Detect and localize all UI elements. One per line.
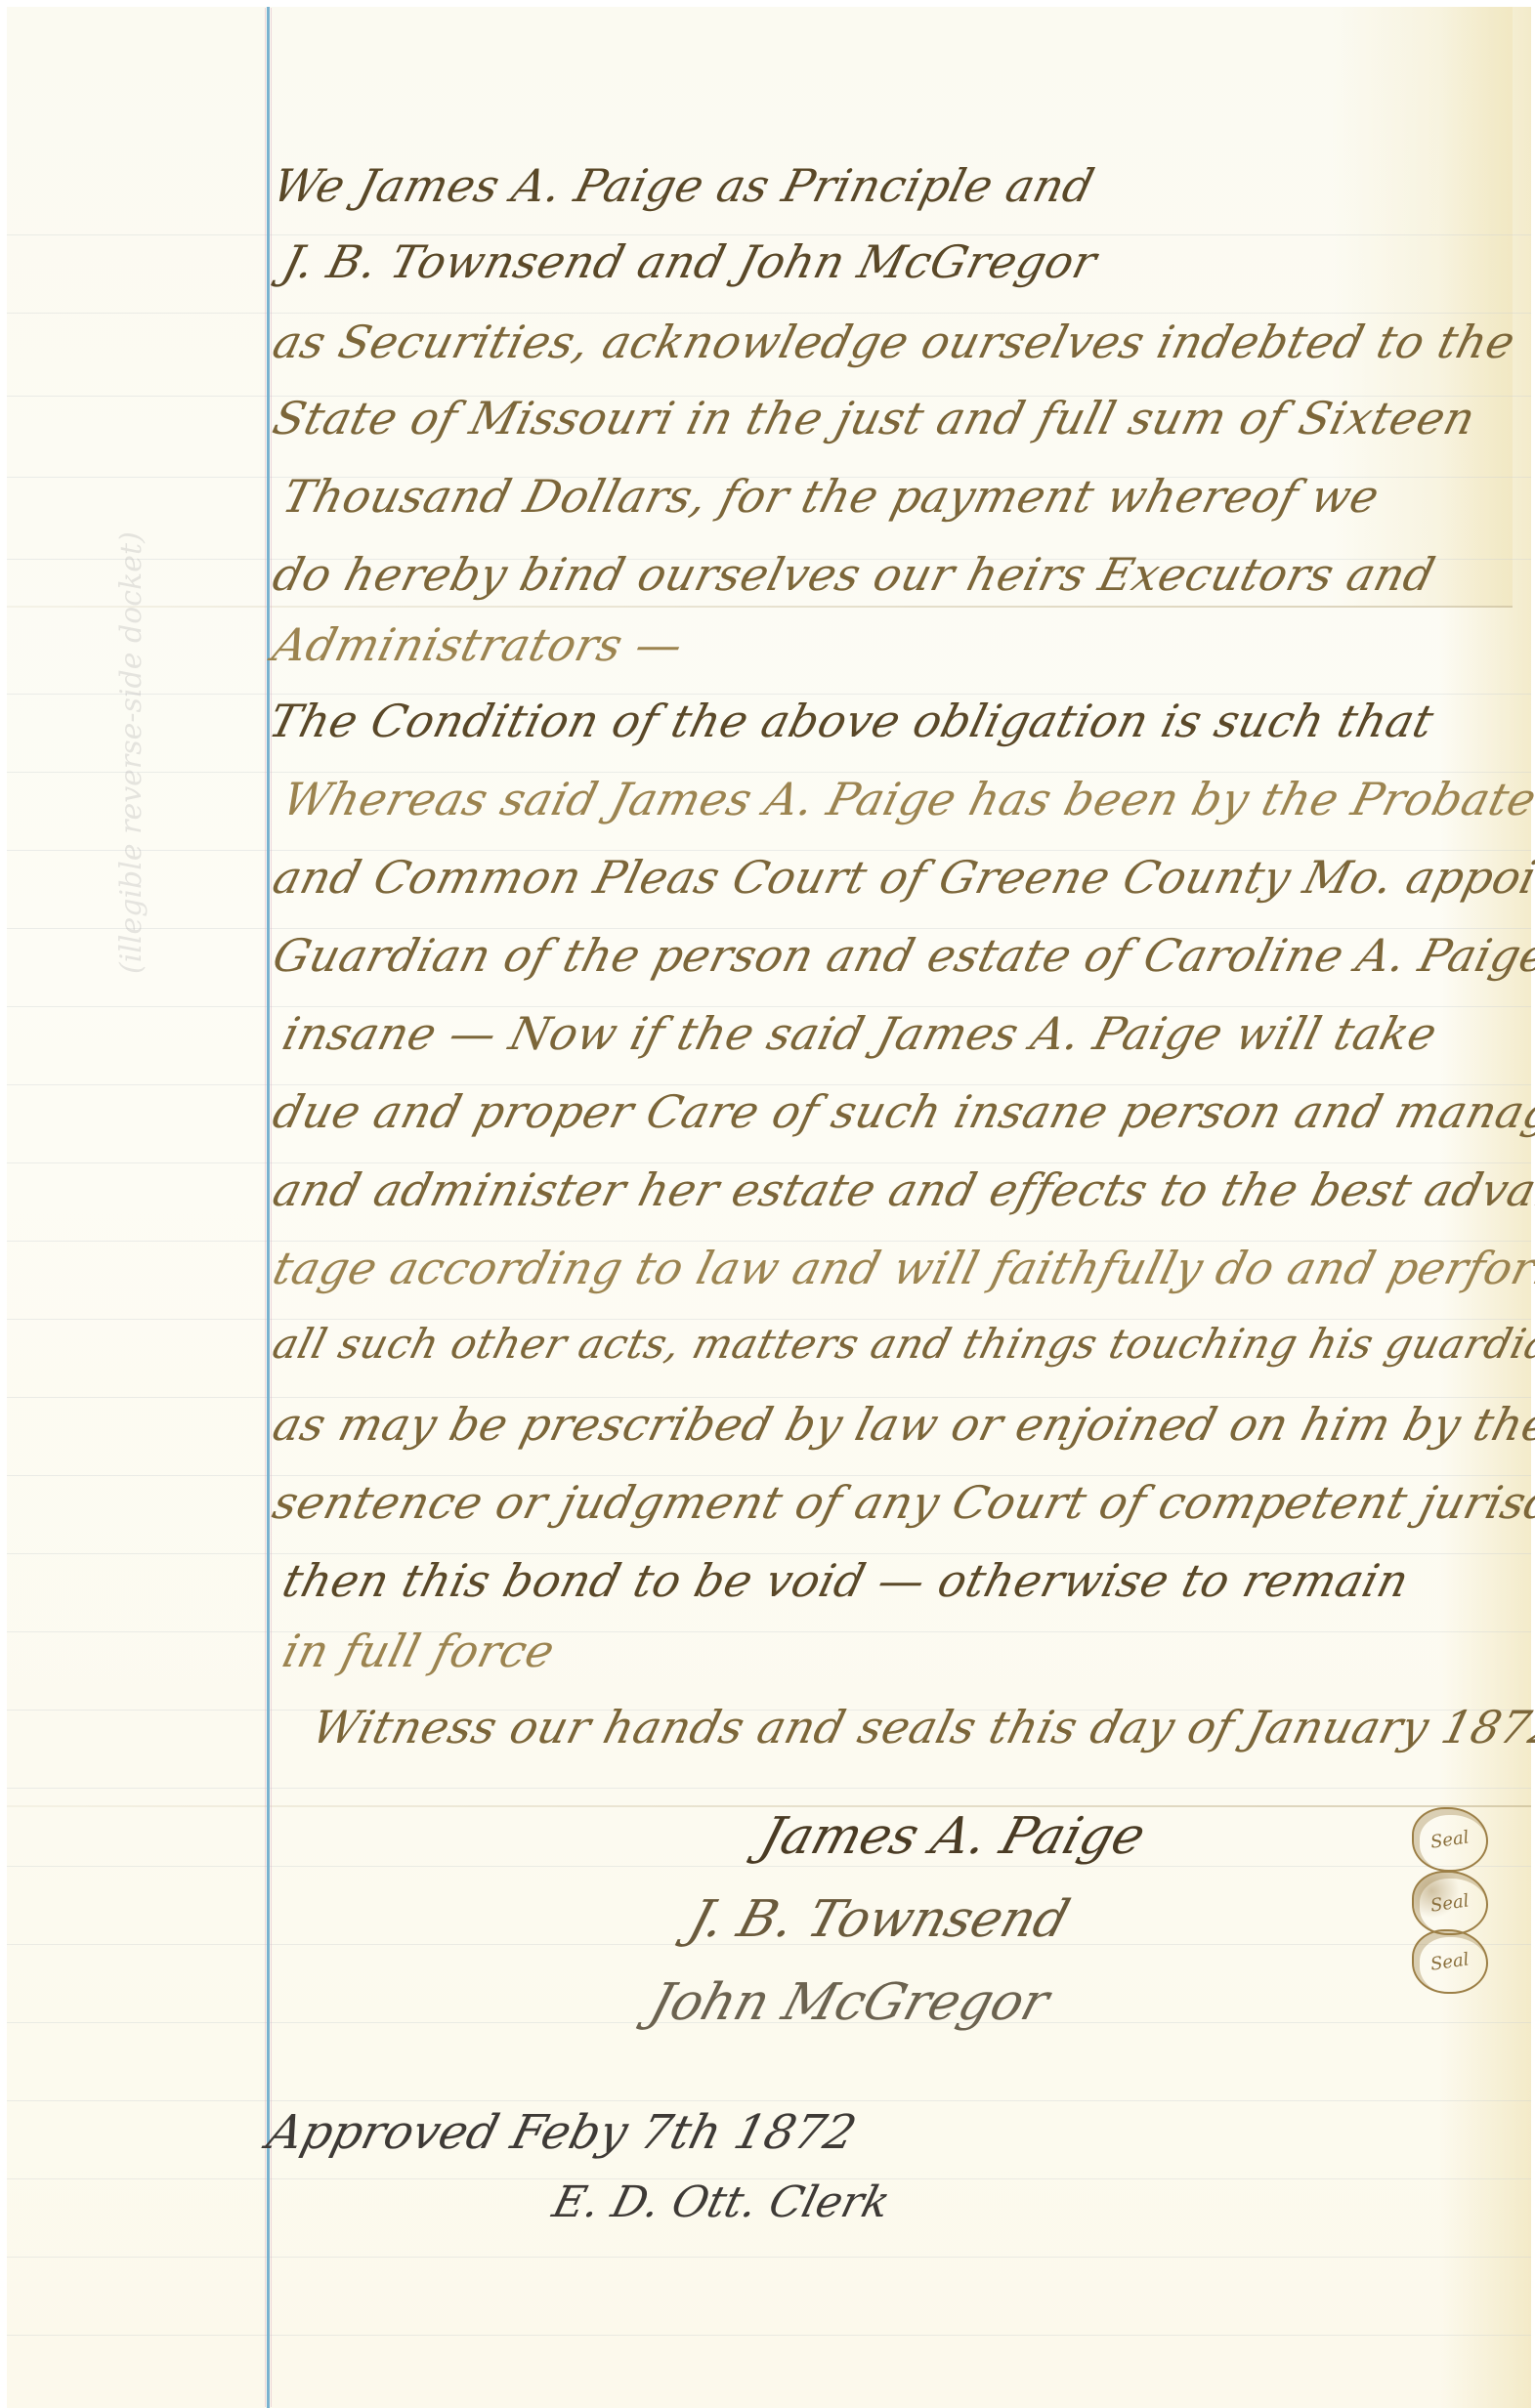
- body-line: Thousand Dollars, for the payment whereo…: [278, 474, 1384, 519]
- body-line: J. B. Townsend and John McGregor: [278, 239, 1101, 284]
- body-line: Witness our hands and seals this day of …: [308, 1705, 1535, 1750]
- body-line: as Securities, acknowledge ourselves ind…: [269, 319, 1519, 364]
- bleed-text: (illegible reverse-side docket): [114, 531, 149, 974]
- body-line: Guardian of the person and estate of Car…: [269, 933, 1535, 978]
- body-line: then this bond to be void — otherwise to…: [278, 1558, 1414, 1603]
- seal-scroll: Seal: [1412, 1807, 1488, 1872]
- seal-label: Seal: [1429, 1827, 1471, 1852]
- body-line: sentence or judgment of any Court of com…: [269, 1480, 1535, 1525]
- body-line: insane — Now if the said James A. Paige …: [278, 1011, 1441, 1056]
- body-line: as may be prescribed by law or enjoined …: [269, 1402, 1535, 1447]
- seal-scroll: Seal: [1412, 1871, 1488, 1935]
- margin-bleed-through: (illegible reverse-side docket): [105, 583, 261, 993]
- body-line: and administer her estate and effects to…: [269, 1167, 1535, 1212]
- body-line: due and proper Care of such insane perso…: [269, 1089, 1535, 1134]
- ruled-line: [7, 2257, 1531, 2258]
- body-line: State of Missouri in the just and full s…: [269, 396, 1480, 441]
- body-line: Whereas said James A. Paige has been by …: [278, 777, 1535, 822]
- body-line: tage according to law and will faithfull…: [269, 1246, 1535, 1290]
- signature-john-mcgregor: John McGregor: [643, 1973, 1055, 2032]
- seal-label: Seal: [1429, 1949, 1471, 1974]
- seal-scroll: Seal: [1412, 1929, 1488, 1994]
- document-page: (illegible reverse-side docket) We James…: [7, 7, 1531, 2408]
- seal-label: Seal: [1429, 1890, 1471, 1916]
- body-line: all such other acts, matters and things …: [269, 1324, 1535, 1365]
- ruled-line: [7, 313, 1531, 314]
- body-line: Administrators —: [269, 622, 688, 667]
- ruled-line: [7, 1866, 1531, 1867]
- body-line: We James A. Paige as Principle and: [269, 163, 1098, 208]
- ruled-line: [7, 1788, 1531, 1789]
- body-line: do hereby bind ourselves our heirs Execu…: [269, 552, 1439, 597]
- body-line: and Common Pleas Court of Greene County …: [269, 855, 1535, 900]
- ruled-line: [7, 2100, 1531, 2101]
- ruled-line: [7, 2335, 1531, 2336]
- approval-date: Approved Feby 7th 1872: [262, 2105, 862, 2160]
- clerk-signature: E. D. Ott. Clerk: [548, 2177, 895, 2227]
- body-line: in full force: [278, 1628, 559, 1673]
- signature-j-b-townsend: J. B. Townsend: [682, 1890, 1076, 1949]
- ruled-line: [7, 1631, 1531, 1632]
- fold-crease-lower: [7, 1805, 1531, 1807]
- body-line: The Condition of the above obligation is…: [265, 698, 1438, 743]
- signature-james-a-paige: James A. Paige: [753, 1807, 1151, 1866]
